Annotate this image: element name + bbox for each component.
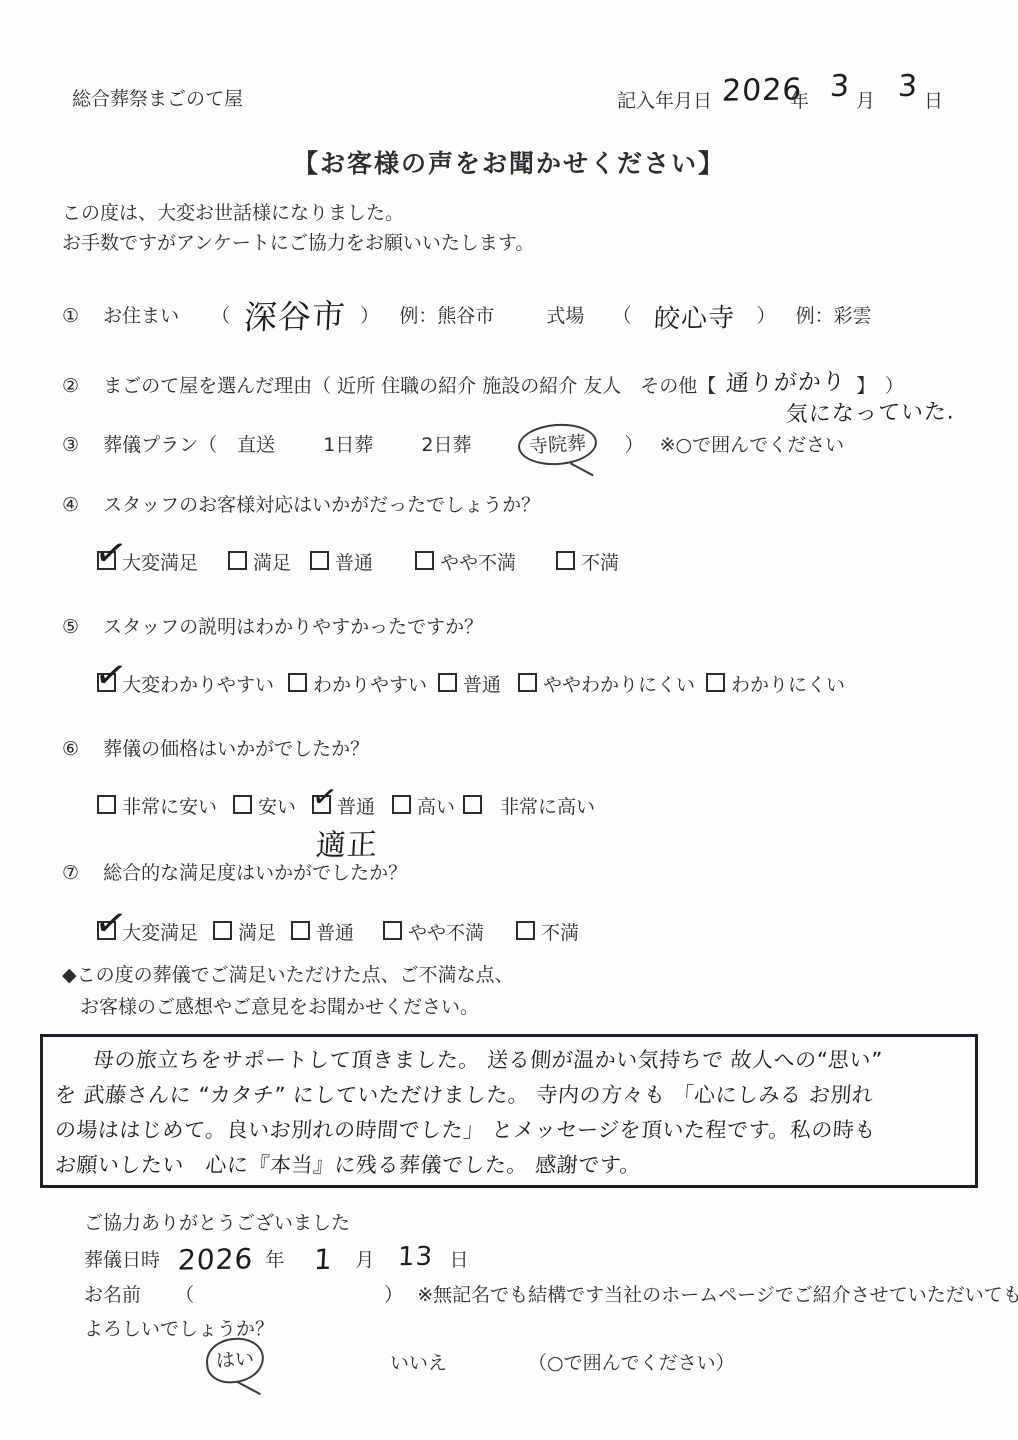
q1-venue-label: 式場 bbox=[546, 305, 584, 327]
q4-option-normal: 普通 bbox=[310, 548, 373, 575]
q2-text-after: 】 ） bbox=[856, 375, 904, 397]
funeral-year-unit: 年 bbox=[265, 1249, 284, 1271]
name-row: お名前 （ ） ※無記名でも結構です当社のホームページでご紹介させていただいても bbox=[84, 1280, 1018, 1307]
q2-text-before: まごのて屋を選んだ理由（ 近所 住職の紹介 施設の紹介 友人 その他【 bbox=[103, 375, 716, 397]
page-title: 【お客様の声をお聞かせください】 bbox=[0, 144, 1018, 180]
q1-paren-open: （ bbox=[211, 305, 230, 327]
comment-line-1: 母の旅立ちをサポートして頂きました。 送る側が温かい気持ちで 故人への“思い” bbox=[54, 1043, 964, 1078]
funeral-month-unit: 月 bbox=[355, 1249, 374, 1271]
q1-residence-value: 深谷市 bbox=[243, 299, 347, 334]
yes-circle: はい bbox=[205, 1336, 266, 1385]
q5-option-clear: わかりやすい bbox=[288, 670, 427, 697]
company-name: 総合葬祭まごのて屋 bbox=[72, 84, 243, 111]
q5-option-unclear: わかりにくい bbox=[706, 670, 845, 697]
name-note-2: よろしいでしょうか？ bbox=[84, 1314, 274, 1341]
q1-venue-paren-close: ） bbox=[757, 305, 776, 327]
q4-number: ④ bbox=[62, 494, 79, 516]
q7-option-normal: 普通 bbox=[291, 918, 354, 945]
question-3: ③ 葬儀プラン（ 直送 1日葬 2日葬 寺院葬 ） ※○で囲んでください bbox=[62, 430, 844, 459]
q2-number: ② bbox=[62, 375, 79, 397]
q5-question: スタッフの説明はわかりやすかったですか？ bbox=[103, 616, 483, 638]
checkbox bbox=[516, 921, 535, 940]
funeral-day-unit: 日 bbox=[450, 1249, 469, 1271]
checkbox bbox=[288, 673, 307, 692]
q7-number: ⑦ bbox=[62, 862, 79, 884]
name-paren-open: （ bbox=[175, 1284, 194, 1306]
entry-day-value: 3 bbox=[897, 72, 919, 102]
checkbox bbox=[213, 921, 232, 940]
yes-option: はい bbox=[210, 1344, 260, 1377]
question-6: ⑥ 葬儀の価格はいかがでしたか？ bbox=[62, 734, 369, 761]
checkbox bbox=[233, 795, 252, 814]
q1-venue-value: 皎心寺 bbox=[653, 305, 735, 332]
q3-suffix: ※○で囲んでください bbox=[660, 434, 845, 456]
q3-label: 葬儀プラン（ bbox=[103, 434, 217, 456]
funeral-day-value: 13 bbox=[398, 1242, 435, 1273]
q4-option-very-satisfied: ✓大変満足 bbox=[97, 548, 198, 575]
comment-line-4: お願いしたい 心に『本当』に残る葬儀でした。 感謝です。 bbox=[54, 1148, 964, 1183]
q6-number: ⑥ bbox=[62, 738, 79, 760]
entry-month-value: 3 bbox=[829, 72, 851, 102]
q4-option-dissatisfied: 不満 bbox=[556, 548, 619, 575]
intro-line-1: この度は、大変お世話様になりました。 bbox=[62, 198, 404, 225]
q3-paren-close: ） bbox=[625, 434, 644, 456]
q5-option-somewhat-unclear: ややわかりにくい bbox=[518, 670, 695, 697]
checkbox-checked: ✓ bbox=[97, 551, 116, 570]
q7-option-dissatisfied: 不満 bbox=[516, 918, 579, 945]
q6-option-very-expensive: 非常に高い bbox=[463, 792, 595, 819]
q7-question: 総合的な満足度はいかがでしたか？ bbox=[103, 862, 407, 884]
q3-option-2day: 2日葬 bbox=[421, 434, 471, 456]
q6-option-very-cheap: 非常に安い bbox=[97, 792, 217, 819]
funeral-date-label: 葬儀日時 bbox=[84, 1249, 160, 1271]
checkbox-checked: ✓ bbox=[97, 673, 116, 692]
q3-option-temple-label: 寺院葬 bbox=[528, 432, 586, 458]
month-unit: 月 bbox=[856, 86, 875, 113]
q2-handwritten-note: 気になっていた. bbox=[785, 395, 956, 429]
q6-question: 葬儀の価格はいかがでしたか？ bbox=[103, 738, 369, 760]
q3-option-1day: 1日葬 bbox=[323, 434, 373, 456]
q7-option-very-satisfied: ✓大変満足 bbox=[97, 918, 198, 945]
q6-option-cheap: 安い bbox=[233, 792, 296, 819]
q6-option-expensive: 高い bbox=[392, 792, 455, 819]
q1-paren-close: ） bbox=[360, 305, 379, 327]
q6-option-normal: ✓普通 bbox=[312, 792, 375, 819]
comment-line-3: の場ははじめて。良いお別れの時間でした」 とメッセージを頂いた程です。私の時も bbox=[54, 1113, 964, 1148]
q3-option-temple-circled: 寺院葬 bbox=[516, 421, 598, 467]
name-paren-close: ） bbox=[384, 1284, 403, 1306]
yes-label: はい bbox=[215, 1348, 254, 1373]
name-label: お名前 bbox=[84, 1284, 141, 1306]
thanks-text: ご協力ありがとうございました bbox=[84, 1208, 350, 1235]
q1-residence-example: 例：熊谷市 bbox=[399, 305, 494, 327]
q1-venue-example: 例：彩雲 bbox=[796, 305, 872, 327]
checkbox bbox=[438, 673, 457, 692]
checkbox bbox=[556, 551, 575, 570]
q2-handwritten-reason: 通りがかり bbox=[725, 363, 847, 398]
entry-date-label: 記入年月日 bbox=[617, 86, 712, 113]
checkbox bbox=[383, 921, 402, 940]
question-4: ④ スタッフのお客様対応はいかがだったでしょうか？ bbox=[62, 490, 540, 517]
checkbox bbox=[706, 673, 725, 692]
q7-option-satisfied: 満足 bbox=[213, 918, 276, 945]
checkbox bbox=[310, 551, 329, 570]
name-note: ※無記名でも結構です当社のホームページでご紹介させていただいても bbox=[417, 1284, 1018, 1306]
checkbox-checked: ✓ bbox=[312, 795, 331, 814]
comment-prompt-line-2: お客様のご感想やご意見をお聞かせください。 bbox=[80, 992, 479, 1019]
checkbox bbox=[291, 921, 310, 940]
q7-option-somewhat-dissatisfied: やや不満 bbox=[383, 918, 484, 945]
checkbox-checked: ✓ bbox=[97, 921, 116, 940]
q3-option-chokuso: 直送 bbox=[237, 434, 275, 456]
question-1: ① お住まい （ 深谷市 ） 例：熊谷市 式場 （ 皎心寺 ） 例：彩雲 bbox=[62, 300, 872, 333]
checkbox bbox=[415, 551, 434, 570]
comment-box: 母の旅立ちをサポートして頂きました。 送る側が温かい気持ちで 故人への“思い” … bbox=[40, 1034, 978, 1188]
day-unit: 日 bbox=[924, 86, 943, 113]
q4-option-somewhat-dissatisfied: やや不満 bbox=[415, 548, 516, 575]
q5-option-very-clear: ✓大変わかりやすい bbox=[97, 670, 274, 697]
funeral-year-value: 2026 bbox=[177, 1242, 254, 1276]
comment-prompt-line-1: ◆この度の葬儀でご満足いただけた点、ご不満な点、 bbox=[62, 960, 514, 987]
q5-option-normal: 普通 bbox=[438, 670, 501, 697]
checkbox bbox=[518, 673, 537, 692]
q1-number: ① bbox=[62, 305, 79, 327]
year-unit: 年 bbox=[790, 86, 809, 113]
q1-venue-paren-open: （ bbox=[612, 305, 631, 327]
question-2: ② まごのて屋を選んだ理由（ 近所 住職の紹介 施設の紹介 友人 その他【 通り… bbox=[62, 364, 904, 398]
comment-line-2: を 武藤さんに “カタチ” にしていただけました。 寺内の方々も 「心にしみる … bbox=[54, 1078, 964, 1113]
q1-label: お住まい bbox=[103, 305, 179, 327]
question-5: ⑤ スタッフの説明はわかりやすかったですか？ bbox=[62, 612, 483, 639]
checkbox bbox=[228, 551, 247, 570]
checkbox bbox=[97, 795, 116, 814]
no-option: いいえ bbox=[390, 1348, 447, 1375]
q4-option-satisfied: 満足 bbox=[228, 548, 291, 575]
funeral-date-row: 葬儀日時 2026 年 1 月 13 日 bbox=[84, 1242, 469, 1276]
q3-number: ③ bbox=[62, 434, 79, 456]
checkbox bbox=[392, 795, 411, 814]
question-7: ⑦ 総合的な満足度はいかがでしたか？ bbox=[62, 858, 407, 885]
intro-line-2: お手数ですがアンケートにご協力をお願いいたします。 bbox=[62, 228, 534, 255]
circle-instruction: （○で囲んでください） bbox=[528, 1348, 735, 1375]
q4-question: スタッフのお客様対応はいかがだったでしょうか？ bbox=[103, 494, 540, 516]
q5-number: ⑤ bbox=[62, 616, 79, 638]
funeral-month-value: 1 bbox=[314, 1243, 335, 1276]
checkbox bbox=[463, 795, 482, 814]
check-mark: ✓ bbox=[310, 781, 340, 815]
survey-form-page: 総合葬祭まごのて屋 記入年月日 2026 年 3 月 3 日 【お客様の声をお聞… bbox=[0, 0, 1018, 1440]
